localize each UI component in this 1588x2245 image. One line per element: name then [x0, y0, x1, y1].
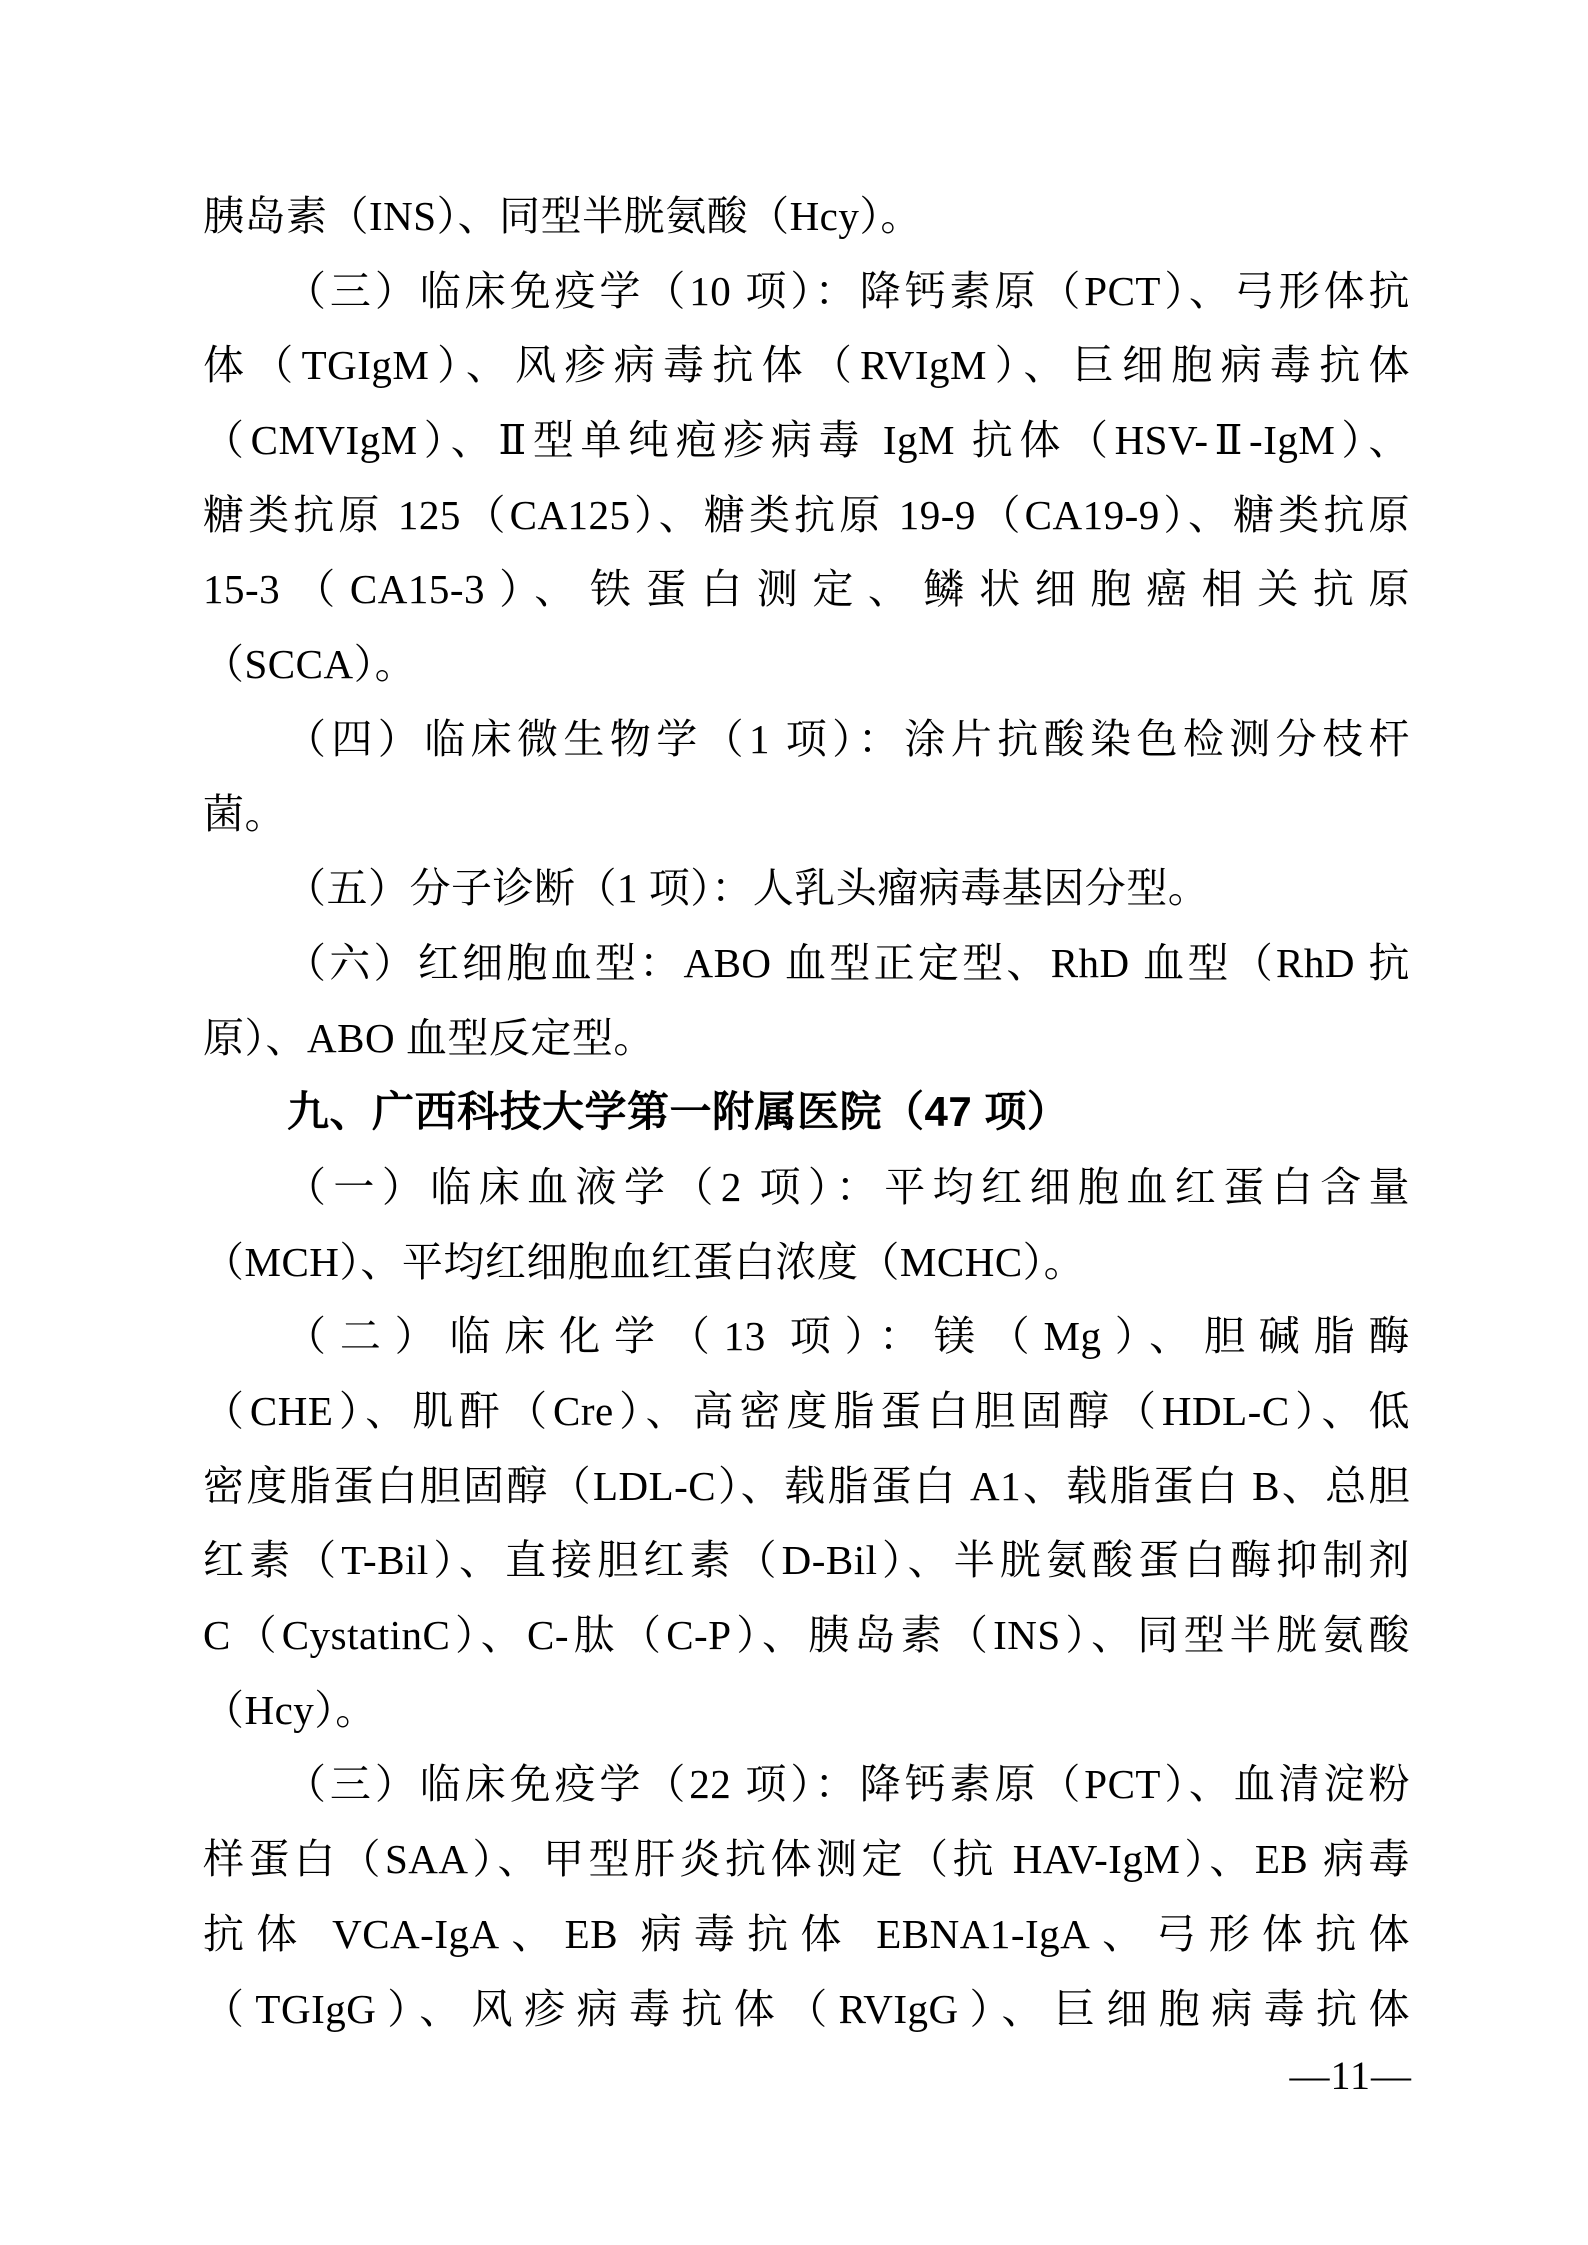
- text-line: （CHE）、肌酐（Cre）、高密度脂蛋白胆固醇（HDL-C）、低: [203, 1374, 1410, 1449]
- text-line: （CMVIgM）、Ⅱ型单纯疱疹病毒 IgM 抗体（HSV-Ⅱ-IgM）、: [203, 403, 1410, 478]
- page-number: —11—: [1289, 2052, 1412, 2100]
- text-line: 菌。: [203, 777, 1410, 852]
- text-line: （二）临床化学（13 项）：镁（Mg）、胆碱脂酶: [203, 1299, 1410, 1374]
- text-line: 15-3（CA15-3）、铁蛋白测定、鳞状细胞癌相关抗原: [203, 552, 1410, 627]
- text-line: （SCCA）。: [203, 627, 1410, 702]
- text-line: 糖类抗原 125（CA125）、糖类抗原 19-9（CA19-9）、糖类抗原: [203, 478, 1410, 553]
- text-line: （三）临床免疫学（10 项）：降钙素原（PCT）、弓形体抗: [203, 254, 1410, 329]
- text-line: 样蛋白（SAA）、甲型肝炎抗体测定（抗 HAV-IgM）、EB 病毒: [203, 1822, 1410, 1897]
- text-line: （一）临床血液学（2 项）：平均红细胞血红蛋白含量: [203, 1150, 1410, 1225]
- text-block: 胰岛素（INS）、同型半胱氨酸（Hcy）。（三）临床免疫学（10 项）：降钙素原…: [203, 179, 1410, 2046]
- text-line: （MCH）、平均红细胞血红蛋白浓度（MCHC）。: [203, 1225, 1410, 1300]
- text-line: （三）临床免疫学（22 项）：降钙素原（PCT）、血清淀粉: [203, 1747, 1410, 1822]
- text-line: C（CystatinC）、C-肽（C-P）、胰岛素（INS）、同型半胱氨酸: [203, 1598, 1410, 1673]
- text-line: 红素（T-Bil）、直接胆红素（D-Bil）、半胱氨酸蛋白酶抑制剂: [203, 1523, 1410, 1598]
- text-line: 体（TGIgM）、风疹病毒抗体（RVIgM）、巨细胞病毒抗体: [203, 328, 1410, 403]
- text-line: （四）临床微生物学（1 项）：涂片抗酸染色检测分枝杆: [203, 702, 1410, 777]
- text-line: 抗体 VCA-IgA、EB 病毒抗体 EBNA1-IgA、弓形体抗体: [203, 1897, 1410, 1972]
- text-line: （六）红细胞血型：ABO 血型正定型、RhD 血型（RhD 抗: [203, 926, 1410, 1001]
- text-line: （Hcy）。: [203, 1673, 1410, 1748]
- text-line: 密度脂蛋白胆固醇（LDL-C）、载脂蛋白 A1、载脂蛋白 B、总胆: [203, 1449, 1410, 1524]
- text-line: 胰岛素（INS）、同型半胱氨酸（Hcy）。: [203, 179, 1410, 254]
- document-page: 胰岛素（INS）、同型半胱氨酸（Hcy）。（三）临床免疫学（10 项）：降钙素原…: [0, 0, 1588, 2245]
- text-line: （五）分子诊断（1 项）：人乳头瘤病毒基因分型。: [203, 851, 1410, 926]
- section-heading-line: 九、广西科技大学第一附属医院（47 项）: [203, 1075, 1410, 1150]
- text-line: （TGIgG）、风疹病毒抗体（RVIgG）、巨细胞病毒抗体: [203, 1972, 1410, 2047]
- text-line: 原）、ABO 血型反定型。: [203, 1001, 1410, 1076]
